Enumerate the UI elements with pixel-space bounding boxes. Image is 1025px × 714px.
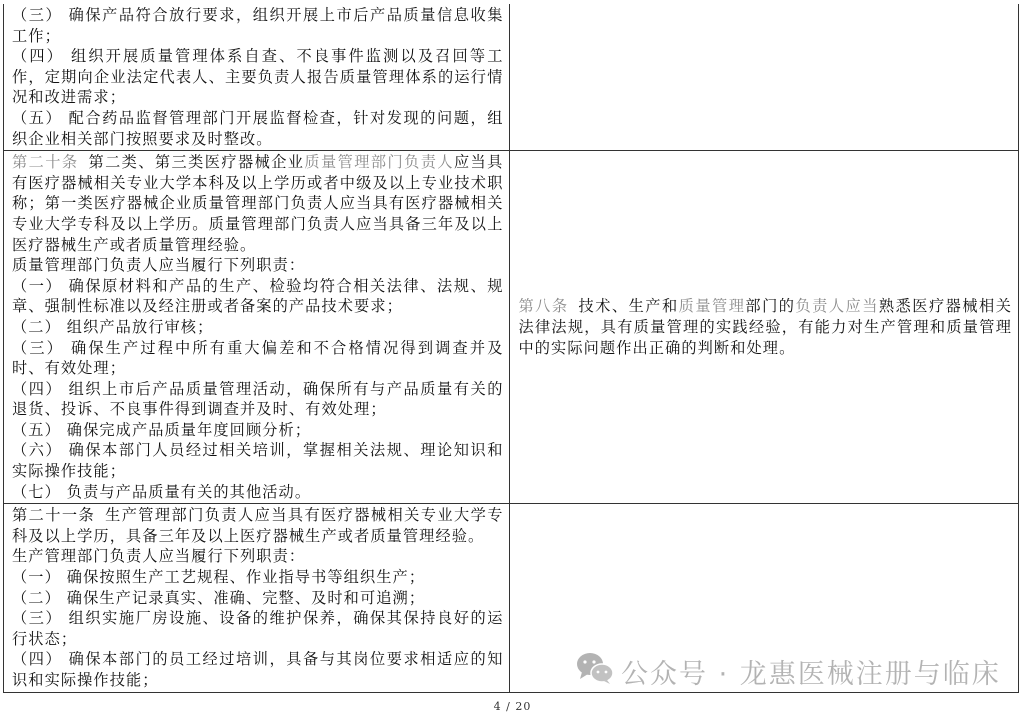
body-text: 部门的 — [745, 297, 795, 315]
duties-intro: 生产管理部门负责人应当履行下列职责： — [12, 546, 503, 567]
row1-left-cell: （三） 确保产品符合放行要求，组织开展上市后产品质量信息收集工作； （四） 组织… — [4, 4, 510, 151]
duty-item: （七） 负责与产品质量有关的其他活动。 — [12, 482, 503, 503]
table-row: 第二十一条生产管理部门负责人应当具有医疗器械相关专业大学专科及以上学历，具备三年… — [4, 504, 1019, 692]
highlight-text: 质量管理 — [679, 297, 746, 315]
row2-right-cell: 第八条技术、生产和质量管理部门的负责人应当熟悉医疗器械相关法律法规，具有质量管理… — [510, 151, 1019, 504]
duty-item: （三） 组织实施厂房设施、设备的维护保养，确保其保持良好的运行状态； — [12, 608, 503, 649]
article-21-heading: 第二十一条生产管理部门负责人应当具有医疗器械相关专业大学专科及以上学历，具备三年… — [12, 505, 503, 546]
article-20-heading: 第二十条第二类、第三类医疗器械企业质量管理部门负责人应当具有医疗器械相关专业大学… — [12, 152, 503, 255]
article-label: 第二十条 — [12, 153, 78, 171]
table-row: （三） 确保产品符合放行要求，组织开展上市后产品质量信息收集工作； （四） 组织… — [4, 4, 1019, 151]
duty-item: （二） 确保生产记录真实、准确、完整、及时和可追溯； — [12, 588, 503, 609]
duty-item: （四） 组织上市后产品质量管理活动，确保所有与产品质量有关的退货、投诉、不良事件… — [12, 379, 503, 420]
duty-item: （五） 确保完成产品质量年度回顾分析； — [12, 420, 503, 441]
duty-item: （三） 确保产品符合放行要求，组织开展上市后产品质量信息收集工作； — [12, 5, 503, 46]
highlight-text: 质量管理部门负责人 — [304, 153, 454, 171]
duty-item: （四） 组织开展质量管理体系自查、不良事件监测以及召回等工作，定期向企业法定代表… — [12, 46, 503, 108]
heading-text: 第二类、第三类医疗器械企业 — [88, 153, 304, 171]
duty-item: （三） 确保生产过程中所有重大偏差和不合格情况得到调查并及时、有效处理； — [12, 338, 503, 379]
body-text: 技术、生产和 — [579, 297, 679, 315]
row3-left-cell: 第二十一条生产管理部门负责人应当具有医疗器械相关专业大学专科及以上学历，具备三年… — [4, 504, 510, 692]
duties-intro: 质量管理部门负责人应当履行下列职责： — [12, 255, 503, 276]
article-8-text: 第八条技术、生产和质量管理部门的负责人应当熟悉医疗器械相关法律法规，具有质量管理… — [518, 296, 1012, 358]
duty-item: （六） 确保本部门人员经过相关培训，掌握相关法规、理论知识和实际操作技能； — [12, 440, 503, 481]
page-number: 4 / 20 — [0, 700, 1025, 713]
row3-right-cell — [510, 504, 1019, 692]
table-row: 第二十条第二类、第三类医疗器械企业质量管理部门负责人应当具有医疗器械相关专业大学… — [4, 151, 1019, 504]
duty-item: （四） 确保本部门的员工经过培训，具备与其岗位要求相适应的知识和实际操作技能； — [12, 649, 503, 690]
duty-item: （五） 配合药品监督管理部门开展监督检查，针对发现的问题，组织企业相关部门按照要… — [12, 108, 503, 149]
article-label: 第二十一条 — [12, 506, 95, 524]
duty-item: （一） 确保按照生产工艺规程、作业指导书等组织生产； — [12, 567, 503, 588]
duty-item: （二） 组织产品放行审核； — [12, 317, 503, 338]
duty-item: （一） 确保原材料和产品的生产、检验均符合相关法律、法规、规章、强制性标准以及经… — [12, 276, 503, 317]
row1-right-cell — [510, 4, 1019, 151]
row2-left-cell: 第二十条第二类、第三类医疗器械企业质量管理部门负责人应当具有医疗器械相关专业大学… — [4, 151, 510, 504]
comparison-table: （三） 确保产品符合放行要求，组织开展上市后产品质量信息收集工作； （四） 组织… — [3, 4, 1019, 693]
highlight-text: 负责人应当 — [795, 297, 878, 315]
article-label: 第八条 — [518, 297, 568, 315]
